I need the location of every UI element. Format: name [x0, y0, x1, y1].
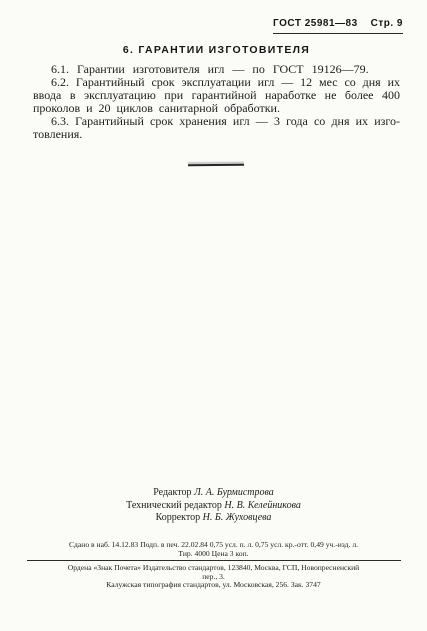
imprint-line-2: Тир. 4000 Цена 3 коп. [10, 549, 417, 558]
document-page: ГОСТ 25981—83 Стр. 9 6. ГАРАНТИИ ИЗГОТОВ… [0, 0, 427, 631]
paragraph-6-3-line-2: товления. [33, 128, 400, 141]
scan-artifact-line [188, 164, 244, 166]
credits-block: Редактор Л. А. Бурмистрова Технический р… [0, 487, 427, 525]
tech-editor-credit: Технический редактор Н. В. Келейникова [0, 500, 427, 513]
proofreader-credit: Корректор Н. Б. Жуховцева [0, 512, 427, 525]
tech-editor-name: Н. В. Келейникова [224, 500, 301, 511]
standard-number: ГОСТ 25981—83 [273, 18, 358, 29]
body-text: 6.1. Гарантии изготовителя игл — по ГОСТ… [33, 63, 400, 141]
printer-line: Калужская типография стандартов, ул. Мос… [10, 581, 417, 590]
page-header: ГОСТ 25981—83 Стр. 9 [273, 18, 403, 34]
page-number: Стр. 9 [371, 18, 403, 29]
editor-name: Л. А. Бурмистрова [194, 487, 274, 498]
publisher-block: Ордена «Знак Почета» Издательство станда… [10, 564, 417, 590]
proofreader-role: Корректор [156, 512, 201, 523]
imprint-line-1: Сдано в наб. 14.12.83 Подп. в печ. 22.02… [10, 540, 417, 549]
section-title: 6. ГАРАНТИИ ИЗГОТОВИТЕЛЯ [33, 44, 400, 56]
proofreader-name: Н. Б. Жуховцева [203, 512, 272, 523]
imprint-block: Сдано в наб. 14.12.83 Подп. в печ. 22.02… [10, 540, 417, 558]
editor-role: Редактор [153, 487, 191, 498]
editor-credit: Редактор Л. А. Бурмистрова [0, 487, 427, 500]
tech-editor-role: Технический редактор [126, 500, 222, 511]
paragraph-6-3-line-1: 6.3. Гарантийный срок хранения игл — 3 г… [33, 115, 400, 128]
divider-rule [27, 560, 401, 561]
